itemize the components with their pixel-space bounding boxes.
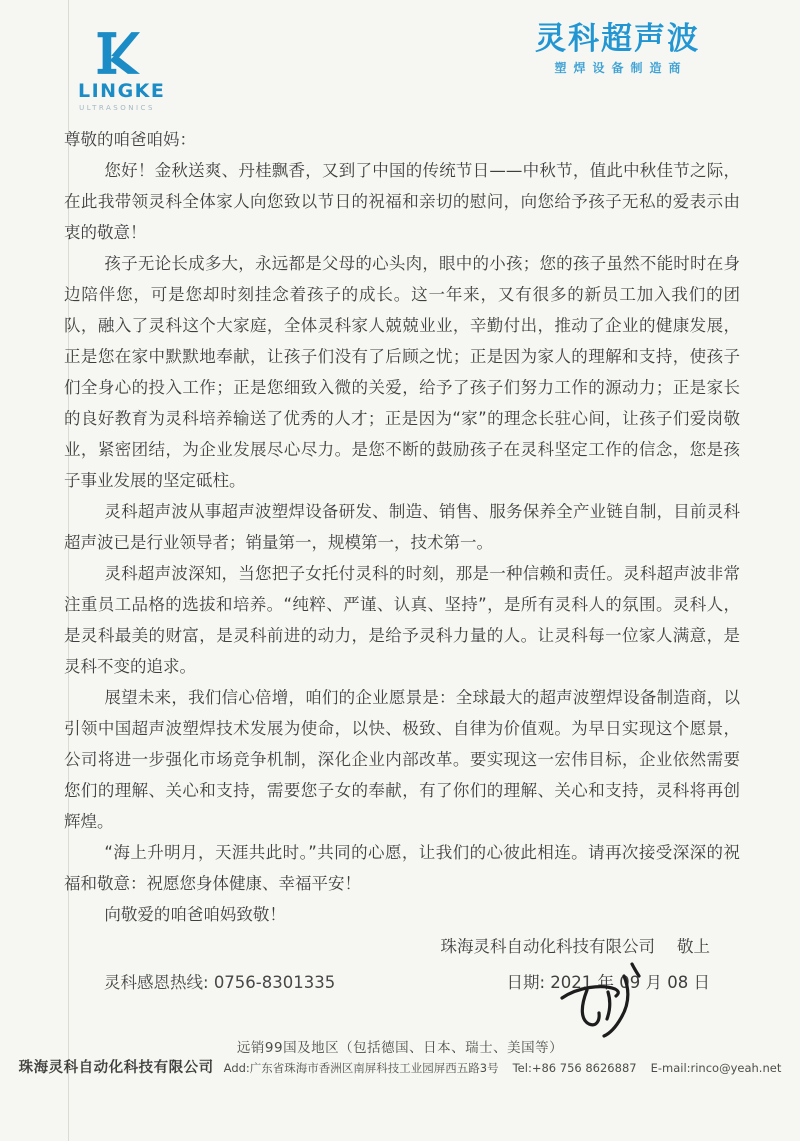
paragraph-values: 灵科超声波深知，当您把子女托付灵科的时刻，那是一种信赖和责任。灵科超声波非常注重… (64, 558, 740, 682)
signoff-line: 珠海灵科自动化科技有限公司敬上 (64, 931, 740, 962)
footer-contact-row: 珠海灵科自动化科技有限公司 Add:广东省珠海市香洲区南屏科技工业园屏西五路3号… (0, 1056, 800, 1077)
date-label: 日期: (506, 973, 545, 992)
hotline-number: 0756-8301335 (214, 973, 335, 992)
paragraph-vision: 展望未来，我们信心倍增，咱们的企业愿景是：全球最大的超声波塑焊设备制造商，以引领… (64, 682, 740, 837)
brand-header: 灵科超声波 塑焊设备制造商 (535, 22, 700, 74)
lingke-k-icon (78, 28, 156, 78)
handwritten-signature (556, 960, 668, 1046)
footer-telephone: Tel:+86 756 8626887 (513, 1061, 637, 1075)
lingke-logo: LINGKE ULTRASONICS (78, 28, 156, 112)
paragraph-industry: 灵科超声波从事超声波塑焊设备研发、制造、销售、服务保养全产业链自制，目前灵科超声… (64, 496, 740, 558)
footer-address: Add:广东省珠海市香洲区南屏科技工业园屏西五路3号 (224, 1060, 499, 1076)
paragraph-greeting: 您好！金秋送爽、丹桂飘香，又到了中国的传统节日——中秋节，值此中秋佳节之际，在此… (64, 155, 740, 248)
salutation: 尊敬的咱爸咱妈： (64, 124, 740, 155)
brand-title: 灵科超声波 (535, 22, 700, 56)
logo-tagline: ULTRASONICS (78, 105, 156, 112)
footer-email: E-mail:rinco@yeah.net (651, 1061, 782, 1075)
hotline-label: 灵科感恩热线: (104, 973, 209, 992)
footer-company-name: 珠海灵科自动化科技有限公司 (19, 1056, 214, 1077)
brand-subtitle: 塑焊设备制造商 (547, 62, 687, 74)
footer-export-note: 远销99国及地区（包括德国、日本、瑞士、美国等） (0, 1036, 800, 1056)
paragraph-children: 孩子无论长成多大，永远都是父母的心头肉，眼中的小孩；您的孩子虽然不能时时在身边陪… (64, 248, 740, 496)
signoff-honorific: 敬上 (677, 937, 710, 956)
scanned-letter-page: LINGKE ULTRASONICS 灵科超声波 塑焊设备制造商 尊敬的咱爸咱妈… (0, 0, 800, 1141)
logo-wordmark: LINGKE (78, 82, 156, 101)
hotline: 灵科感恩热线: 0756-8301335 (64, 967, 335, 998)
paragraph-wishes: “海上升明月，天涯共此时。”共同的心愿，让我们的心彼此相连。请再次接受深深的祝福… (64, 837, 740, 899)
signoff-company: 珠海灵科自动化科技有限公司 (441, 937, 656, 956)
paragraph-salute: 向敬爱的咱爸咱妈致敬！ (64, 899, 740, 930)
letter-body: 尊敬的咱爸咱妈： 您好！金秋送爽、丹桂飘香，又到了中国的传统节日——中秋节，值此… (64, 124, 740, 998)
